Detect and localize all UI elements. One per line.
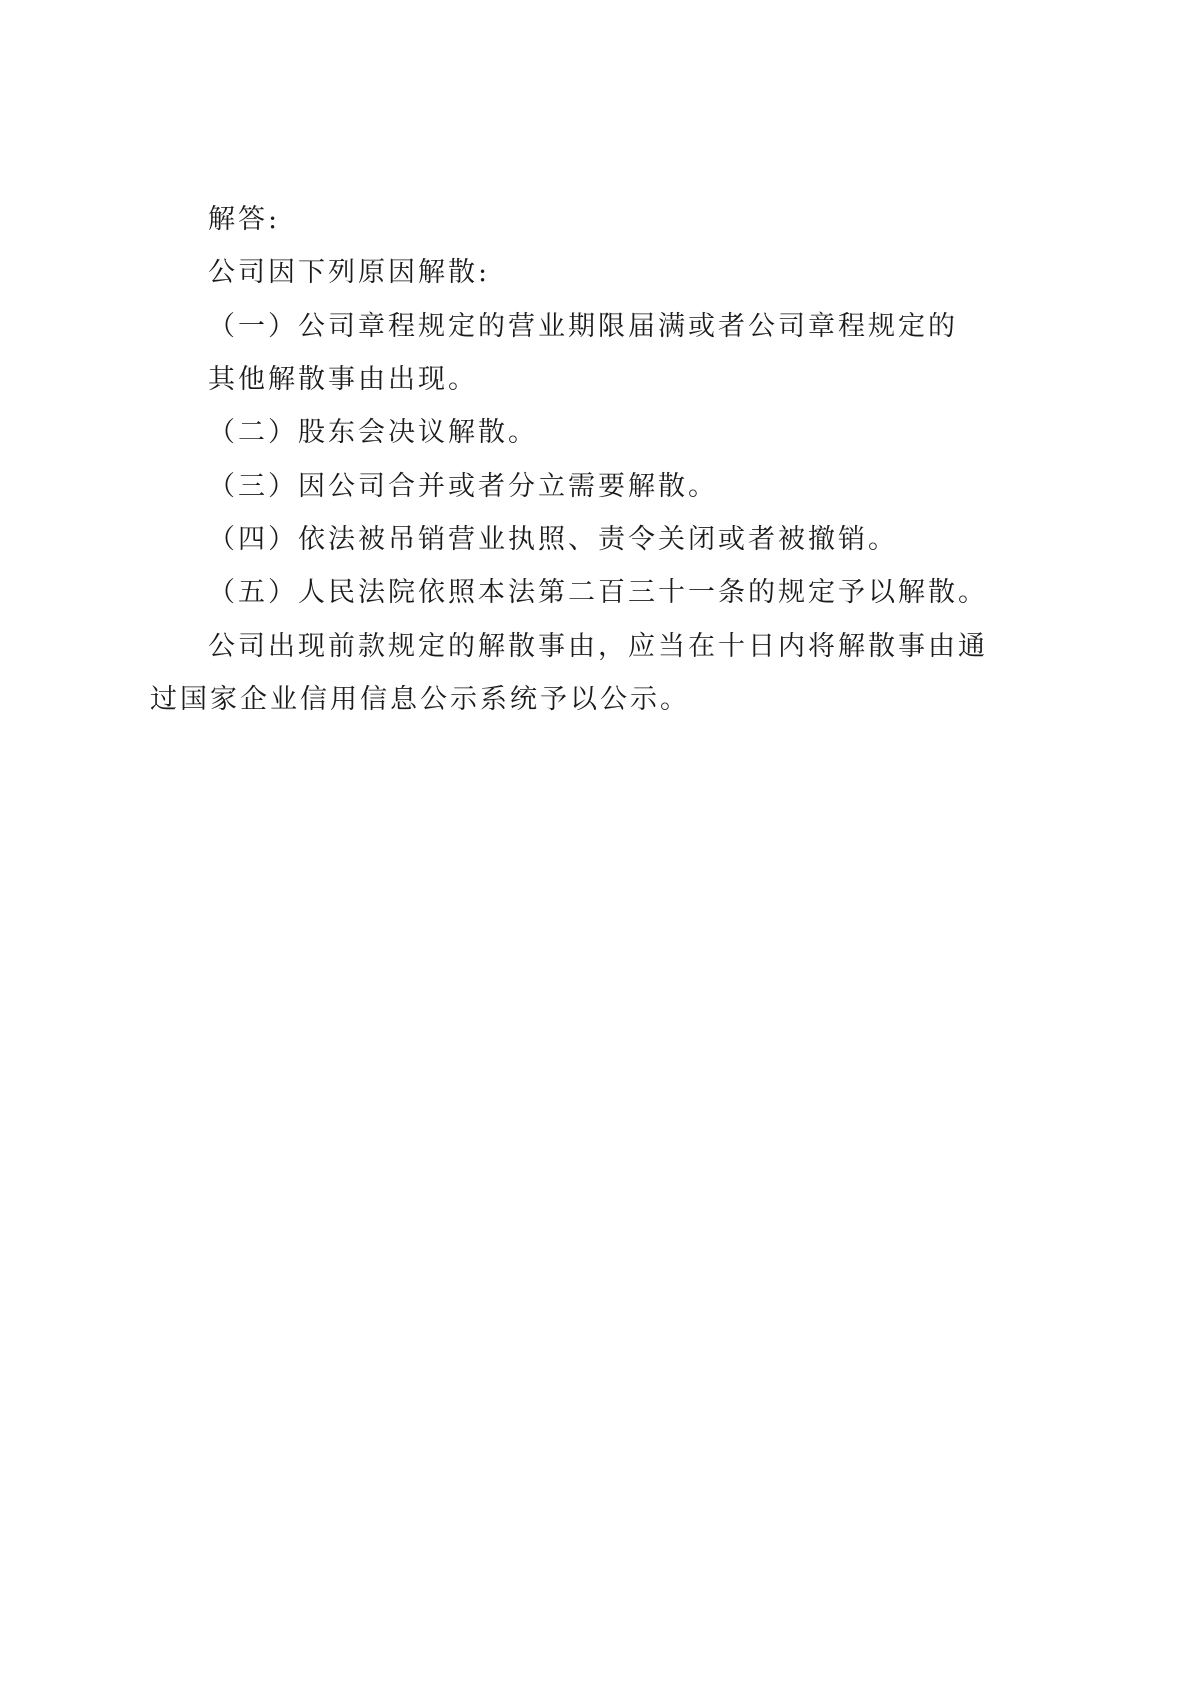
list-item-2: （二）股东会决议解散。 [208,416,538,450]
list-item-3: （三）因公司合并或者分立需要解散。 [208,470,718,504]
answer-heading: 解答: [208,203,280,237]
document-page: 解答: 公司因下列原因解散: （一）公司章程规定的营业期限届满或者公司章程规定的… [0,0,1189,1683]
intro-paragraph: 公司因下列原因解散: [208,256,490,290]
closing-paragraph-line-1: 公司出现前款规定的解散事由，应当在十日内将解散事由通 [208,630,988,664]
closing-paragraph-line-2: 过国家企业信用信息公示系统予以公示。 [150,683,690,717]
list-item-4: （四）依法被吊销营业执照、责令关闭或者被撤销。 [208,523,898,557]
list-item-1: （一）公司章程规定的营业期限届满或者公司章程规定的 [208,310,958,344]
list-item-1-continued: 其他解散事由出现。 [208,363,478,397]
list-item-5: （五）人民法院依照本法第二百三十一条的规定予以解散。 [208,576,988,610]
